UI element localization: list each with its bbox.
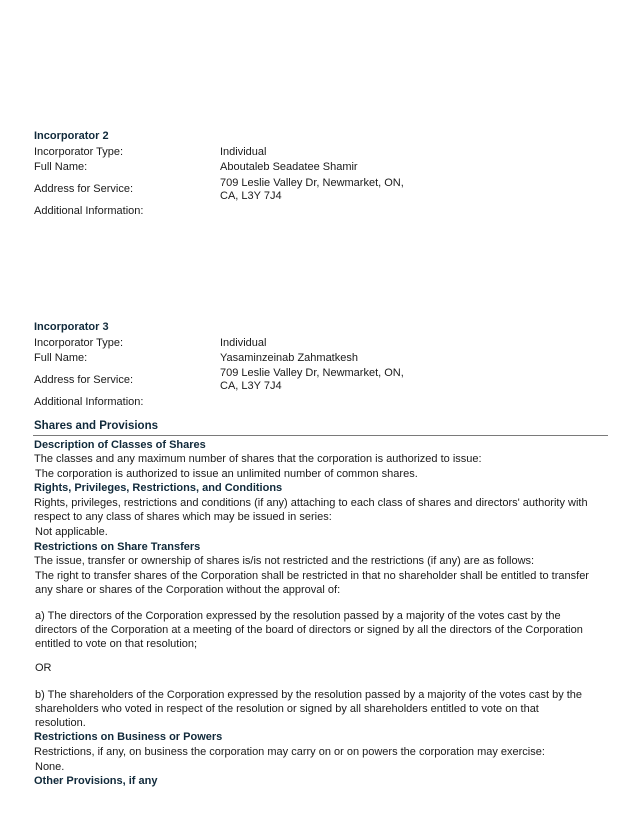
business-heading: Restrictions on Business or Powers: [34, 731, 222, 744]
section-divider: [33, 435, 608, 436]
incorporator-type-label: Incorporator Type:: [34, 337, 123, 350]
transfers-clause-b-line-3: resolution.: [35, 717, 86, 730]
address-line-2: CA, L3Y 7J4: [220, 380, 282, 393]
incorporator-type-value: Individual: [220, 146, 266, 159]
address-line-1: 709 Leslie Valley Dr, Newmarket, ON,: [220, 367, 404, 380]
incorporator-type-label: Incorporator Type:: [34, 146, 123, 159]
other-provisions-heading: Other Provisions, if any: [34, 775, 157, 788]
classes-prompt: The classes and any maximum number of sh…: [34, 453, 482, 466]
transfers-heading: Restrictions on Share Transfers: [34, 541, 200, 554]
additional-info-label: Additional Information:: [34, 396, 143, 409]
transfers-clause-a-line-2: directors of the Corporation at a meetin…: [35, 624, 583, 637]
full-name-label: Full Name:: [34, 352, 87, 365]
additional-info-label: Additional Information:: [34, 205, 143, 218]
business-answer: None.: [35, 761, 64, 774]
rights-answer: Not applicable.: [35, 526, 108, 539]
transfers-clause-b-line-2: shareholders who voted in respect of the…: [35, 703, 539, 716]
full-name-value: Yasaminzeinab Zahmatkesh: [220, 352, 358, 365]
incorporator-title: Incorporator 3: [34, 321, 109, 334]
address-label: Address for Service:: [34, 374, 133, 387]
rights-prompt-line-1: Rights, privileges, restrictions and con…: [34, 497, 588, 510]
transfers-prompt: The issue, transfer or ownership of shar…: [34, 555, 534, 568]
incorporator-type-value: Individual: [220, 337, 266, 350]
transfers-answer-line-1: The right to transfer shares of the Corp…: [35, 570, 589, 583]
rights-heading: Rights, Privileges, Restrictions, and Co…: [34, 482, 282, 495]
full-name-label: Full Name:: [34, 161, 87, 174]
transfers-or: OR: [35, 662, 52, 675]
transfers-clause-a-line-3: entitled to vote on that resolution;: [35, 638, 197, 651]
classes-heading: Description of Classes of Shares: [34, 439, 206, 452]
classes-answer: The corporation is authorized to issue a…: [35, 468, 418, 481]
address-label: Address for Service:: [34, 183, 133, 196]
transfers-clause-b-line-1: b) The shareholders of the Corporation e…: [35, 689, 582, 702]
full-name-value: Aboutaleb Seadatee Shamir: [220, 161, 358, 174]
incorporator-title: Incorporator 2: [34, 130, 109, 143]
transfers-answer-line-2: any share or shares of the Corporation w…: [35, 584, 340, 597]
rights-prompt-line-2: respect to any class of shares which may…: [34, 511, 332, 524]
address-line-1: 709 Leslie Valley Dr, Newmarket, ON,: [220, 177, 404, 190]
transfers-clause-a-line-1: a) The directors of the Corporation expr…: [35, 610, 561, 623]
address-line-2: CA, L3Y 7J4: [220, 190, 282, 203]
business-prompt: Restrictions, if any, on business the co…: [34, 746, 545, 759]
section-title: Shares and Provisions: [34, 420, 158, 433]
